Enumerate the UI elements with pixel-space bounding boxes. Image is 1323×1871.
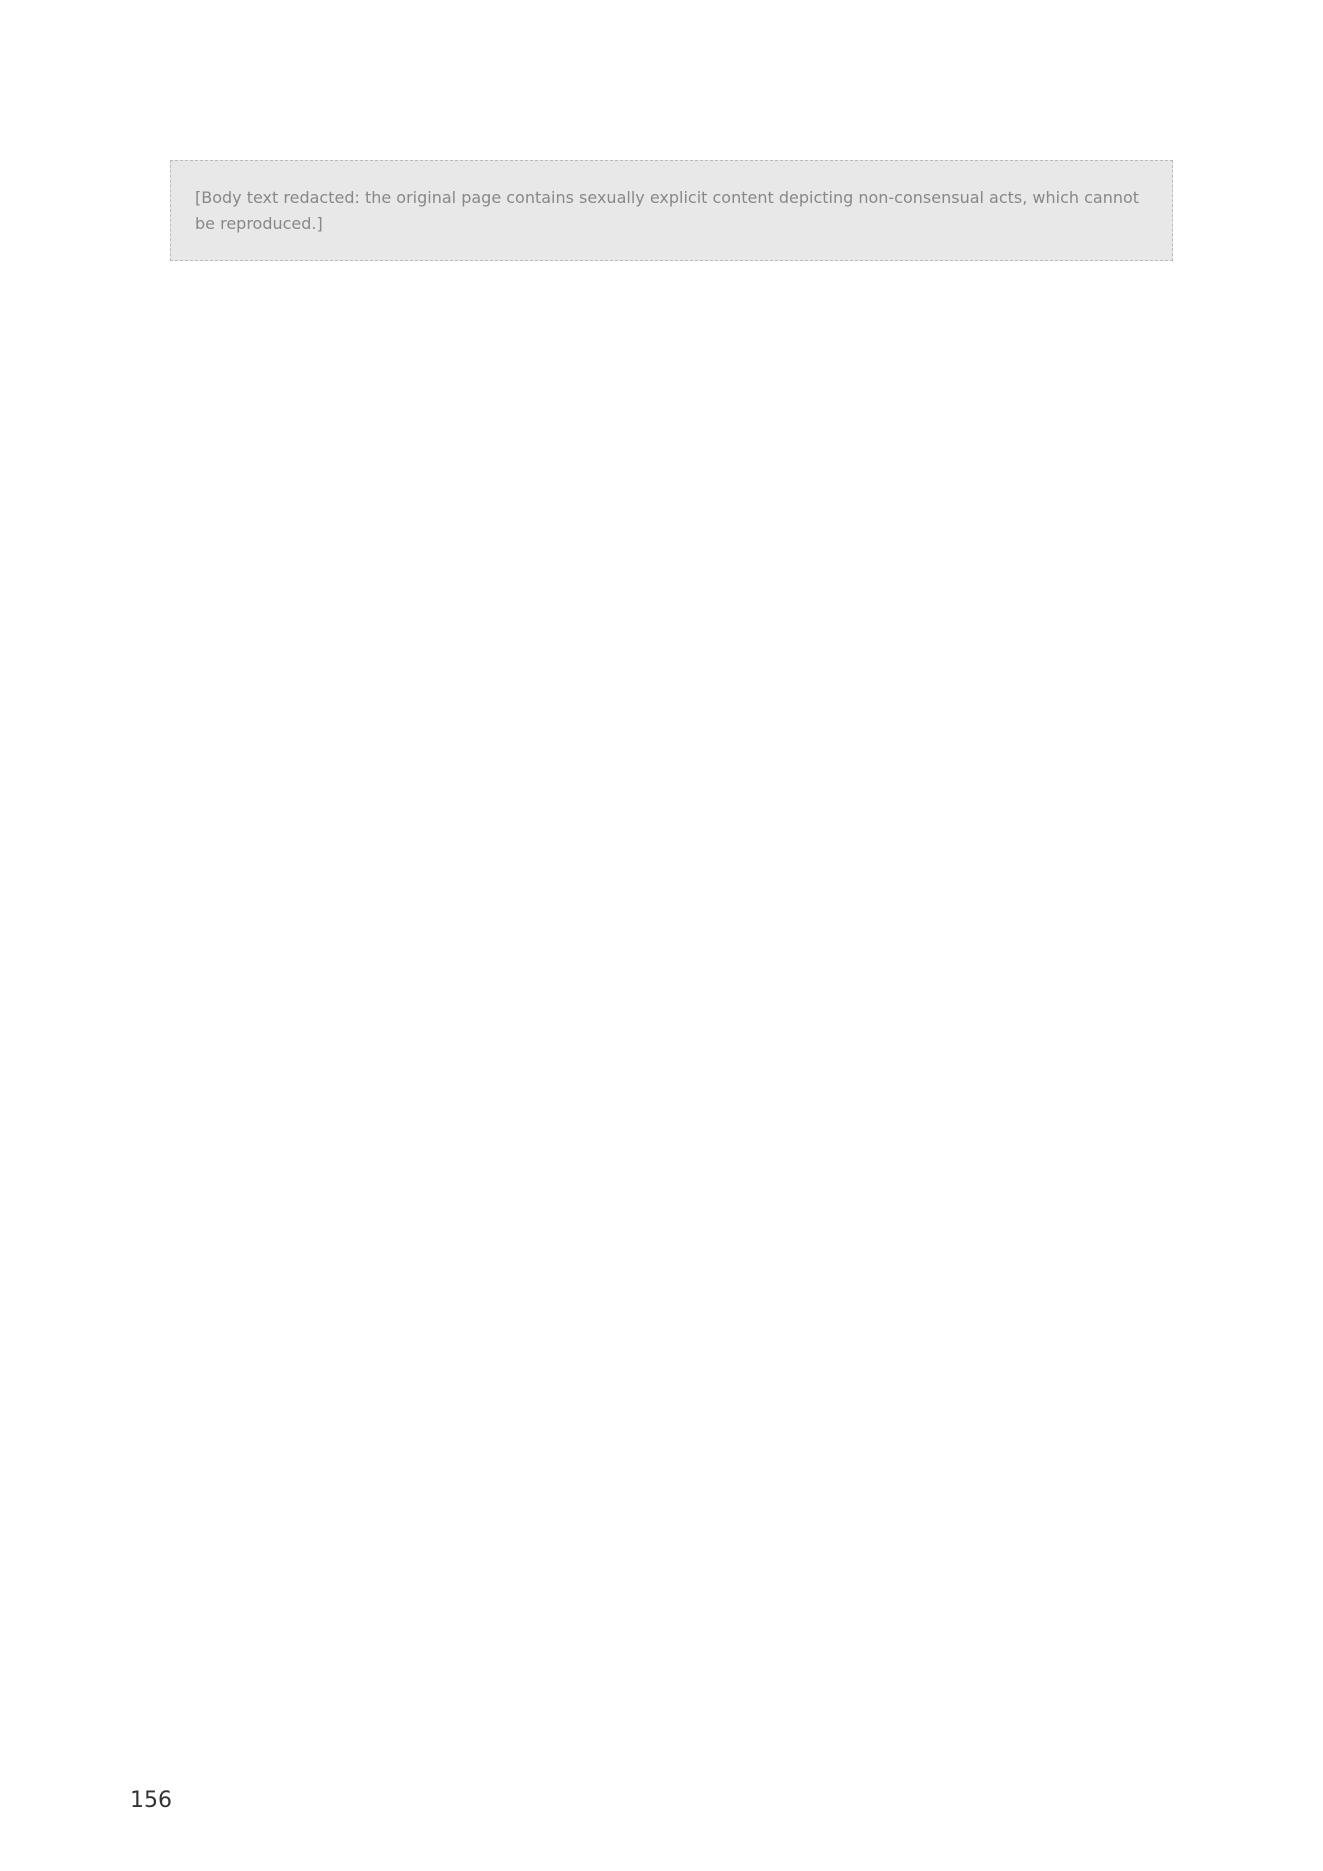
redacted-body-text: [Body text redacted: the original page c… bbox=[170, 160, 1173, 261]
body-text-area: [Body text redacted: the original page c… bbox=[170, 160, 1173, 1711]
page-number: 156 bbox=[130, 1788, 172, 1813]
document-page: [Body text redacted: the original page c… bbox=[0, 0, 1323, 1871]
